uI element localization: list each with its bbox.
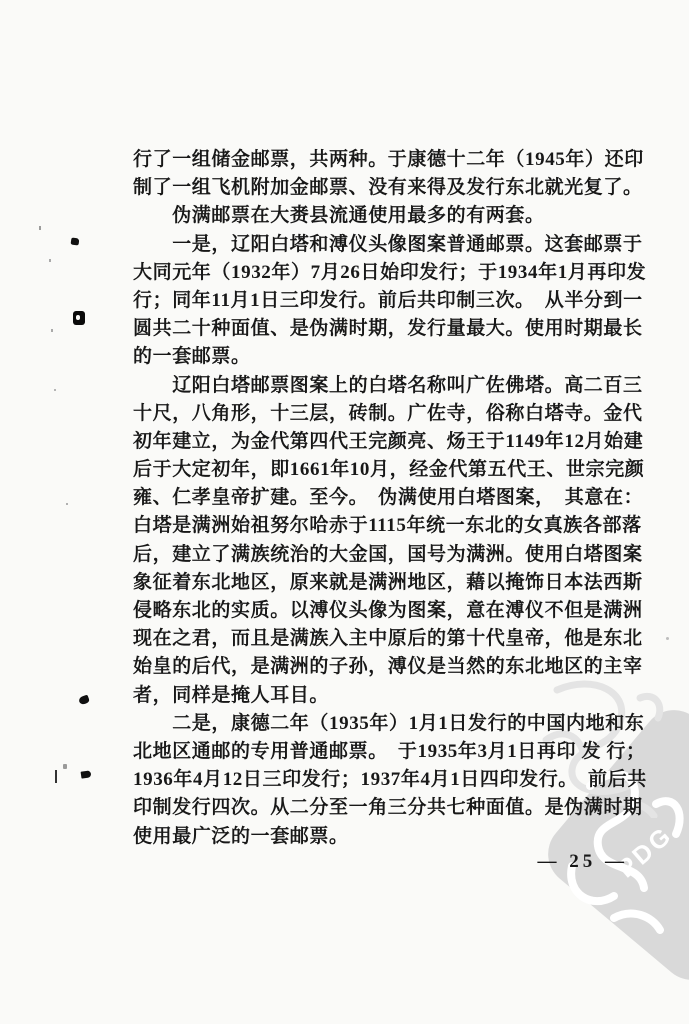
scanned-page: PDG 行了一组储金邮票，共两种。于康德十二年（1945年）还印制了一组飞机附加… bbox=[0, 0, 689, 1024]
text-line: 侵略东北的实质。以溥仪头像为图案，意在溥仪不但是满洲 bbox=[133, 597, 638, 625]
text-line: 始皇的后代，是满洲的子孙，溥仪是当然的东北地区的主宰 bbox=[133, 653, 638, 681]
text-line: 白塔是满洲始祖努尔哈赤于1115年统一东北的女真族各部落 bbox=[133, 512, 638, 540]
text-line: 伪满邮票在大赉县流通使用最多的有两套。 bbox=[133, 202, 638, 230]
text-line: 象征着东北地区，原来就是满洲地区，藉以掩饰日本法西斯 bbox=[133, 569, 638, 597]
ink-speck bbox=[73, 311, 85, 325]
text-line: 现在之君，而且是满族入主中原后的第十代皇帝，他是东北 bbox=[133, 625, 638, 653]
ink-speck bbox=[51, 329, 53, 332]
ink-speck bbox=[54, 389, 56, 391]
text-line: 者，同样是掩人耳目。 bbox=[133, 682, 638, 710]
text-line: 的一套邮票。 bbox=[133, 343, 638, 371]
text-line: 行了一组储金邮票，共两种。于康德十二年（1945年）还印 bbox=[133, 146, 638, 174]
ink-speck bbox=[49, 259, 51, 262]
text-line: 二是，康德二年（1935年）1月1日发行的中国内地和东 bbox=[133, 710, 638, 738]
text-line: 十尺，八角形，十三层，砖制。广佐寺，俗称白塔寺。金代 bbox=[133, 400, 638, 428]
text-line: 初年建立，为金代第四代王完颜亮、炀王于1149年12月始建 bbox=[133, 428, 638, 456]
ink-speck bbox=[39, 226, 41, 230]
text-line: 1936年4月12日三印发行；1937年4月1日四印发行。 前后共 bbox=[133, 766, 638, 794]
text-line: 行；同年11月1日三印发行。前后共印制三次。 从半分到一 bbox=[133, 287, 638, 315]
ink-speck bbox=[55, 770, 57, 783]
page-number: — 25 — bbox=[133, 851, 644, 873]
text-line: 雍、仁孝皇帝扩建。至今。 伪满使用白塔图案， 其意在： bbox=[133, 484, 638, 512]
text-line: 大同元年（1932年）7月26日始印发行；于1934年1月再印发 bbox=[133, 259, 638, 287]
ink-speck bbox=[71, 237, 80, 245]
text-line: 后于大定初年，即1661年10月，经金代第五代王、世宗完颜 bbox=[133, 456, 638, 484]
text-line: 制了一组飞机附加金邮票、没有来得及发行东北就光复了。 bbox=[133, 174, 638, 202]
ink-speck bbox=[66, 503, 68, 505]
text-line: 北地区通邮的专用普通邮票。 于1935年3月1日再印 发 行； bbox=[133, 738, 638, 766]
ink-speck bbox=[63, 764, 67, 769]
text-line: 圆共二十种面值、是伪满时期，发行量最大。使用时期最长 bbox=[133, 315, 638, 343]
body-text: 行了一组储金邮票，共两种。于康德十二年（1945年）还印制了一组飞机附加金邮票、… bbox=[133, 146, 638, 851]
ink-speck bbox=[666, 637, 669, 640]
text-line: 印制发行四次。从二分至一角三分共七种面值。是伪满时期 bbox=[133, 794, 638, 822]
text-line: 辽阳白塔邮票图案上的白塔名称叫广佐佛塔。高二百三 bbox=[133, 372, 638, 400]
text-line: 一是，辽阳白塔和溥仪头像图案普通邮票。这套邮票于 bbox=[133, 231, 638, 259]
text-line: 后，建立了满族统治的大金国，国号为满洲。使用白塔图案 bbox=[133, 541, 638, 569]
text-line: 使用最广泛的一套邮票。 bbox=[133, 823, 638, 851]
